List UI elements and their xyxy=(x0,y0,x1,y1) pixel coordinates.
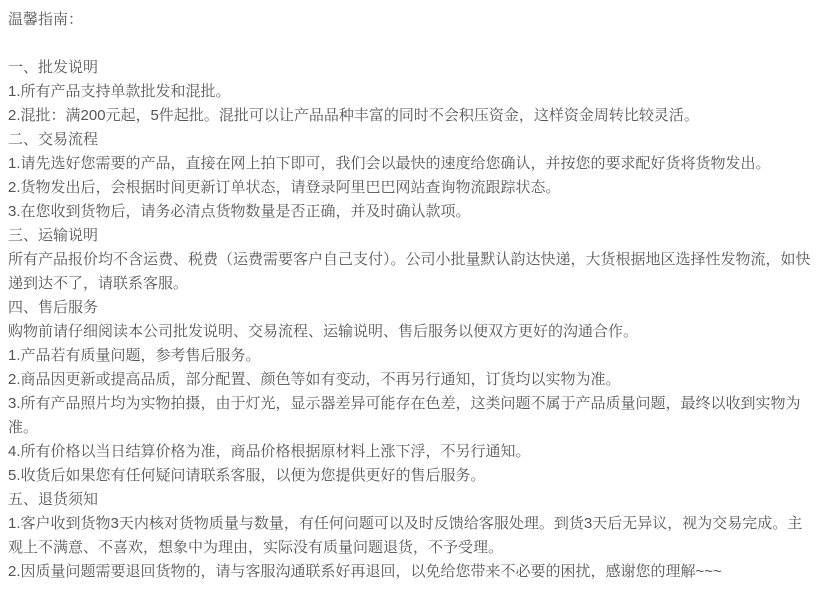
section-aftersales-line: 5.收货后如果您有任何疑问请联系客服，以便为您提供更好的售后服务。 xyxy=(8,464,816,488)
section-transaction-line: 3.在您收到货物后，请务必清点货物数量是否正确，并及时确认款项。 xyxy=(8,200,816,224)
section-transaction-line: 1.请先选好您需要的产品，直接在网上拍下即可，我们会以最快的速度给您确认，并按您… xyxy=(8,152,816,176)
section-aftersales-line: 1.产品若有质量问题，参考售后服务。 xyxy=(8,344,816,368)
section-transaction-heading: 二、交易流程 xyxy=(8,128,816,152)
section-shipping-line: 所有产品报价均不含运费、税费（运费需要客户自己支付）。公司小批量默认韵达快递，大… xyxy=(8,248,816,296)
section-returns-heading: 五、退货须知 xyxy=(8,488,816,512)
section-aftersales-heading: 四、售后服务 xyxy=(8,296,816,320)
page-title: 温馨指南： xyxy=(8,8,816,32)
section-aftersales-line: 2.商品因更新或提高品质，部分配置、颜色等如有变动，不再另行通知，订货均以实物为… xyxy=(8,368,816,392)
section-aftersales-line: 购物前请仔细阅读本公司批发说明、交易流程、运输说明、售后服务以便双方更好的沟通合… xyxy=(8,320,816,344)
notice-document: 温馨指南： 一、批发说明 1.所有产品支持单款批发和混批。 2.混批：满200元… xyxy=(0,0,826,584)
section-transaction-line: 2.货物发出后，会根据时间更新订单状态，请登录阿里巴巴网站查询物流跟踪状态。 xyxy=(8,176,816,200)
section-wholesale-line: 1.所有产品支持单款批发和混批。 xyxy=(8,80,816,104)
blank-line xyxy=(8,32,816,56)
section-returns-line: 2.因质量问题需要退回货物的，请与客服沟通联系好再退回，以免给您带来不必要的困扰… xyxy=(8,560,816,584)
section-aftersales-line: 3.所有产品照片均为实物拍摄，由于灯光，显示器差异可能存在色差，这类问题不属于产… xyxy=(8,392,816,440)
section-wholesale-heading: 一、批发说明 xyxy=(8,56,816,80)
section-returns-line: 1.客户收到货物3天内核对货物质量与数量，有任何问题可以及时反馈给客服处理。到货… xyxy=(8,512,816,560)
section-aftersales-line: 4.所有价格以当日结算价格为准，商品价格根据原材料上涨下浮，不另行通知。 xyxy=(8,440,816,464)
section-shipping-heading: 三、运输说明 xyxy=(8,224,816,248)
section-wholesale-line: 2.混批：满200元起，5件起批。混批可以让产品品种丰富的同时不会积压资金，这样… xyxy=(8,104,816,128)
